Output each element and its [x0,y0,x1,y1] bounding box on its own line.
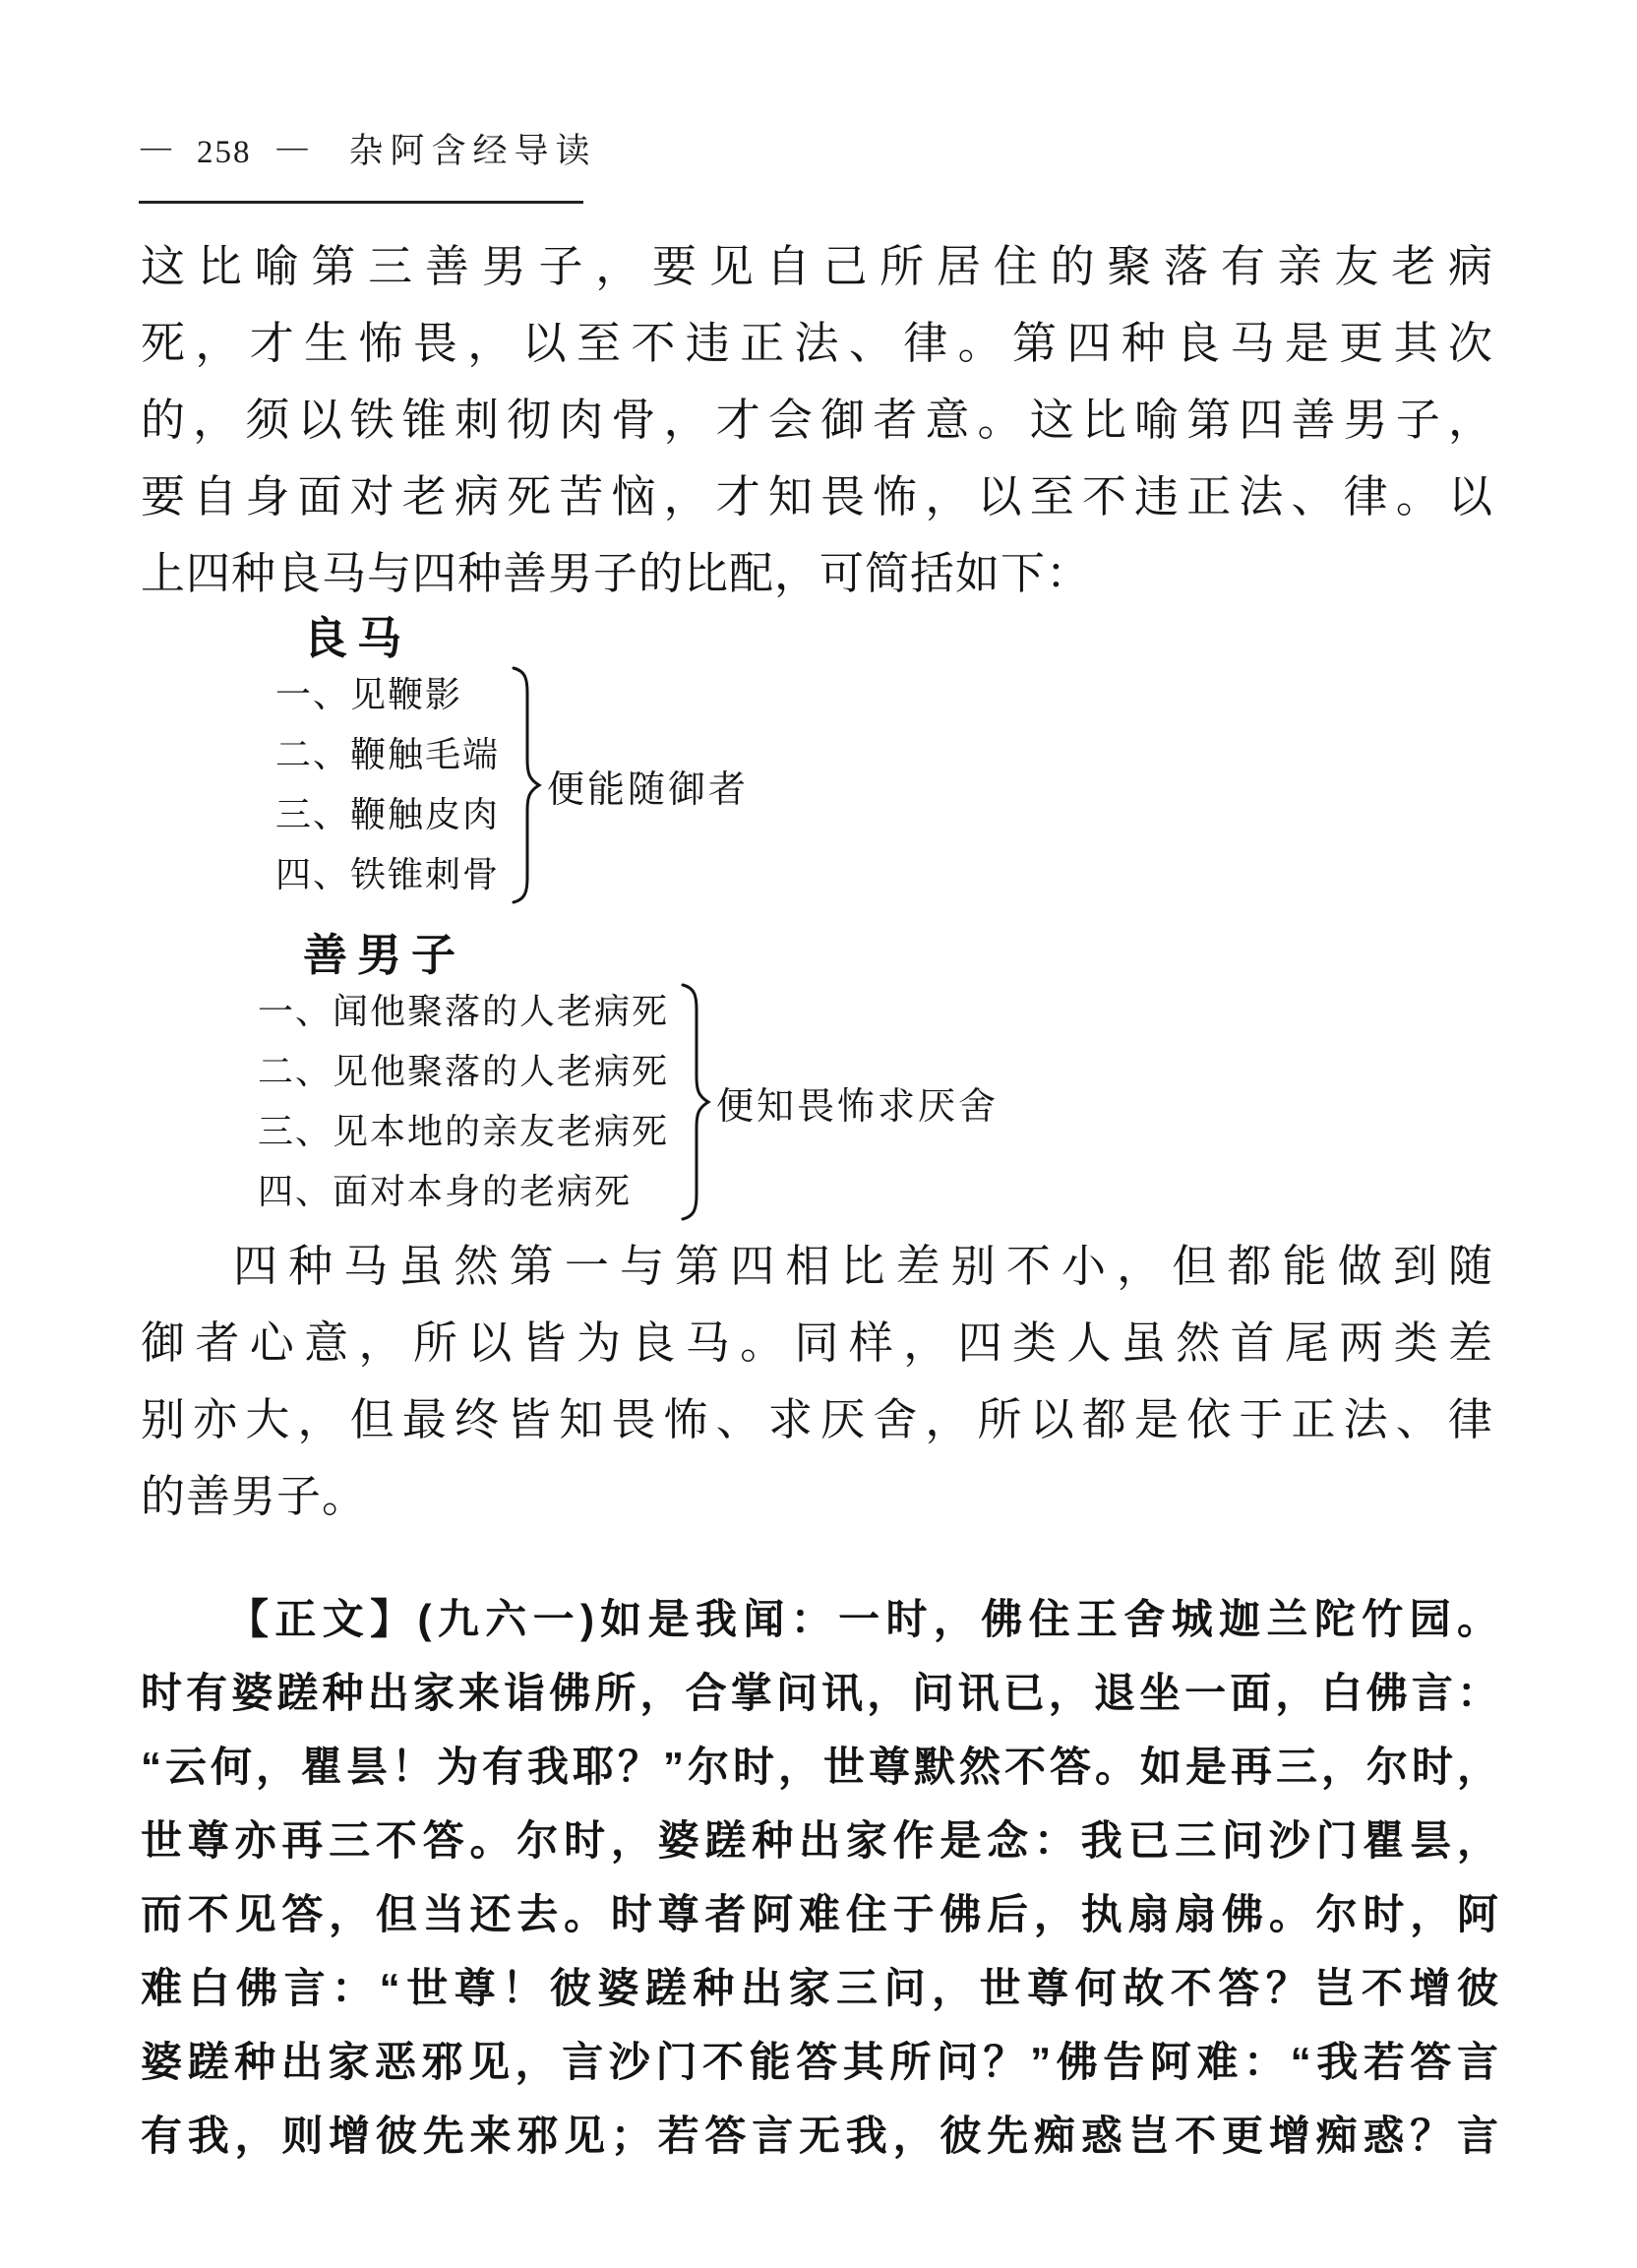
header-dash-left: — [141,129,171,164]
good-horses-diagram: 一、见鞭影 二、鞭触毛端 三、鞭触皮肉 四、铁锥刺骨 便能随御者 [275,665,749,905]
text-line: 而不见答，但当还去。时尊者阿难住于佛后，执扇扇佛。尔时，阿 [141,1877,1500,1951]
text-line: 世尊亦再三不答。尔时，婆蹉种出家作是念：我已三问沙门瞿昙， [141,1804,1500,1877]
list-item: 四、铁锥刺骨 [275,845,500,905]
page-number: 258 [197,135,252,171]
list-item: 二、鞭触毛端 [275,725,500,785]
text-line: 的善男子。 [141,1458,1500,1535]
text-line: 别亦大，但最终皆知畏怖、求厌舍，所以都是依于正法、律 [141,1381,1500,1458]
heading-good-sons: 善男子 [303,919,465,983]
text-line: 这比喻第三善男子，要见自己所居住的聚落有亲友老病 [141,228,1500,305]
text-line: 死，才生怖畏，以至不违正法、律。第四种良马是更其次 [141,305,1500,382]
text-line: 的，须以铁锥刺彻肉骨，才会御者意。这比喻第四善男子， [141,382,1500,459]
good-sons-diagram: 一、闻他聚落的人老病死 二、见他聚落的人老病死 三、见本地的亲友老病死 四、面对… [258,982,999,1222]
text-line: 有我，则增彼先来邪见；若答言无我，彼先痴惑岂不更增痴惑？言 [141,2099,1500,2173]
brace-label: 便知畏怖求厌舍 [716,1075,999,1130]
brace-label: 便能随御者 [547,759,749,813]
list-item: 一、闻他聚落的人老病死 [258,982,669,1042]
text-line: 御者心意，所以皆为良马。同样，四类人虽然首尾两类差 [141,1305,1500,1381]
list-item: 三、见本地的亲友老病死 [258,1102,669,1162]
curly-brace-icon [510,665,543,905]
text-line: “云何，瞿昙！为有我耶？”尔时，世尊默然不答。如是再三，尔时， [141,1730,1500,1804]
good-sons-list: 一、闻他聚落的人老病死 二、见他聚落的人老病死 三、见本地的亲友老病死 四、面对… [258,982,669,1222]
text-line: 时有婆蹉种出家来诣佛所，合掌问讯，问讯已，退坐一面，白佛言： [141,1656,1500,1730]
text-line: 上四种良马与四种善男子的比配，可简括如下： [141,535,1500,612]
text-line: 难白佛言：“世尊！彼婆蹉种出家三问，世尊何故不答？岂不增彼 [141,1951,1500,2025]
paragraph-horse-simile: 这比喻第三善男子，要见自己所居住的聚落有亲友老病 死，才生怖畏，以至不违正法、律… [141,228,1500,612]
book-title: 杂阿含经导读 [349,124,597,173]
header-dash-right: — [277,129,308,164]
book-page: — 258 — 杂阿含经导读 这比喻第三善男子，要见自己所居住的聚落有亲友老病 … [0,0,1637,2268]
list-item: 二、见他聚落的人老病死 [258,1042,669,1102]
curly-brace-icon [679,982,712,1222]
list-item: 四、面对本身的老病死 [258,1162,669,1222]
paragraph-comparison: 四种马虽然第一与第四相比差别不小，但都能做到随 御者心意，所以皆为良马。同样，四… [141,1228,1500,1535]
text-line: 要自身面对老病死苦恼，才知畏怖，以至不违正法、律。以 [141,459,1500,535]
heading-good-horses: 良马 [303,602,411,666]
scripture-main-text: 【正文】(九六一)如是我闻：一时，佛住王舍城迦兰陀竹园。 时有婆蹉种出家来诣佛所… [141,1582,1500,2173]
text-line: 【正文】(九六一)如是我闻：一时，佛住王舍城迦兰陀竹园。 [141,1582,1500,1656]
list-item: 三、鞭触皮肉 [275,785,500,845]
text-line: 婆蹉种出家恶邪见，言沙门不能答其所问？”佛告阿难：“我若答言 [141,2025,1500,2099]
list-item: 一、见鞭影 [275,665,500,725]
good-horses-list: 一、见鞭影 二、鞭触毛端 三、鞭触皮肉 四、铁锥刺骨 [275,665,500,905]
page-header: — 258 — 杂阿含经导读 [141,124,597,173]
text-line: 四种马虽然第一与第四相比差别不小，但都能做到随 [141,1228,1500,1305]
header-underline [139,201,583,204]
